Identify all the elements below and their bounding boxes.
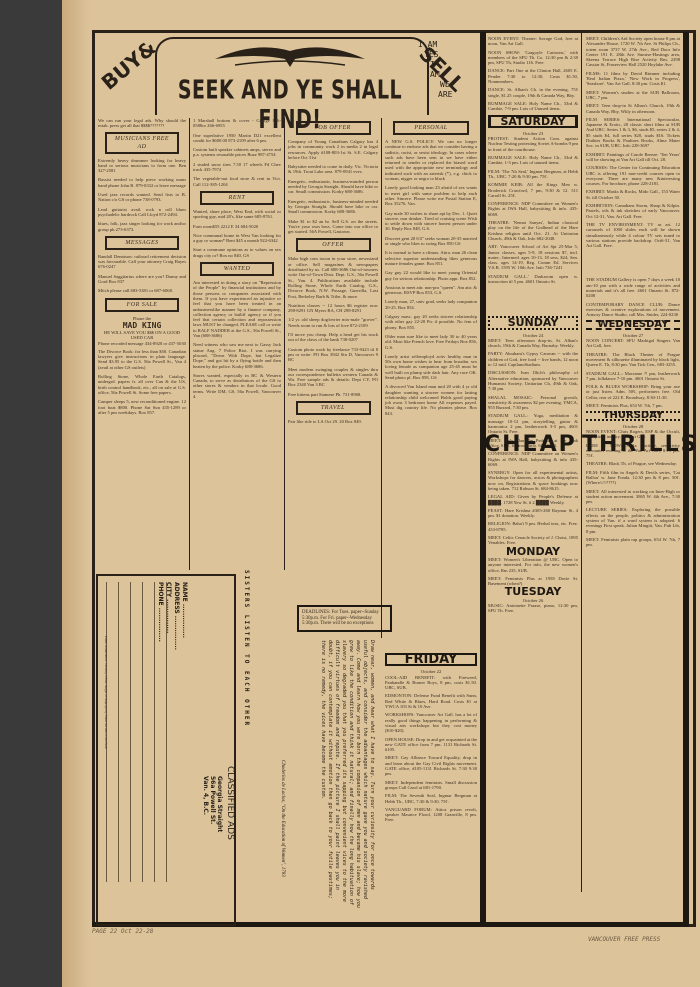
sisters-quote-box: Draw near, women, and hear what I have t…: [245, 640, 380, 910]
column-divider-thick: [480, 32, 486, 922]
sisters-quote: Draw near, women, and hear what I have t…: [319, 640, 375, 910]
right-border: [683, 32, 689, 922]
page-footer-left: PAGE 22 Oct 22-28: [92, 928, 153, 935]
wanted-header: WANTED: [200, 262, 274, 276]
friday-listings: FRIDAY October 22 COOL-AID BENEFIT: with…: [385, 650, 477, 826]
deadlines-notice: DEADLINES: For Tues. paper--Sunday 5:30p…: [297, 605, 392, 632]
address-field[interactable]: ADDRESS ...............: [172, 582, 180, 650]
handwritten-scribble: I AM YES I AM WE ARE: [418, 40, 452, 100]
friday-heading: FRIDAY: [385, 653, 477, 666]
wednesday-heading: WEDNESDAY: [586, 320, 680, 329]
phone-field[interactable]: PHONE ...............: [156, 582, 164, 650]
page-footer-right: VANCOUVER FREE PRESS: [588, 936, 660, 943]
rent-header: RENT: [200, 191, 274, 205]
column-musicians-messages-forsale: We can run your legal ads. Why should th…: [98, 118, 186, 419]
sunday-heading: SUNDAY: [488, 316, 578, 329]
mad-king-ad: Phone the MAD KING HE WILL SAVE YOU $$$ …: [98, 316, 186, 346]
column-weekday-listings: MEET: Children's Aid Society open house …: [586, 36, 680, 551]
column-weekend-listings: NOON EVENT: Theatre: Savage God, free at…: [488, 36, 578, 617]
monday-heading: MONDAY: [488, 549, 578, 554]
messages-header: MESSAGES: [105, 236, 179, 250]
personal-header: PERSONAL: [393, 121, 469, 135]
eagle-icon: [215, 41, 365, 71]
name-field[interactable]: NAME ...............: [180, 582, 188, 650]
city-field[interactable]: CITY ...............: [164, 582, 172, 650]
quote-attribution: Choderlos de Laclos, "On the Education o…: [280, 760, 285, 877]
travel-header: TRAVEL: [296, 401, 371, 415]
column-divider: [381, 118, 382, 638]
forsale-header: FOR SALE: [105, 298, 179, 312]
column-divider: [581, 32, 582, 892]
column-divider: [284, 118, 285, 570]
column-personal: PERSONAL A NEW G.S. POLICY: We can no lo…: [385, 118, 477, 420]
form-title: CLASSIFIED ADS: [225, 766, 235, 840]
column-forsale-rent-wanted: 1 Marshall bottom & cover - George 876-0…: [193, 118, 281, 403]
thrills-headline: THRILLS: [582, 432, 698, 457]
column-jobs-offers: JOB OFFER Company of Young Canadians Cal…: [288, 118, 378, 428]
buy-label: BUY&: [97, 35, 161, 94]
form-fields: NAME ............... ADDRESS ...........…: [156, 582, 188, 650]
column-divider: [189, 118, 190, 570]
form-address: Georgia Straight 56a Powell St. Van. 4, …: [202, 776, 223, 832]
musicians-header: MUSICIANS FREE AD: [105, 132, 179, 154]
offer-header: OFFER: [296, 238, 371, 252]
cheap-headline: CHEAP: [484, 432, 577, 457]
saturday-heading: SATURDAY: [488, 115, 578, 128]
tuesday-heading: TUESDAY: [488, 589, 578, 594]
job-offer-header: JOB OFFER: [296, 121, 371, 135]
thursday-heading: THURSDAY: [586, 411, 680, 420]
fair-warning: FAIR WARNING: We may refuse illegal or i…: [104, 636, 108, 749]
classified-ad-form: NAME ............... ADDRESS ...........…: [96, 574, 236, 926]
